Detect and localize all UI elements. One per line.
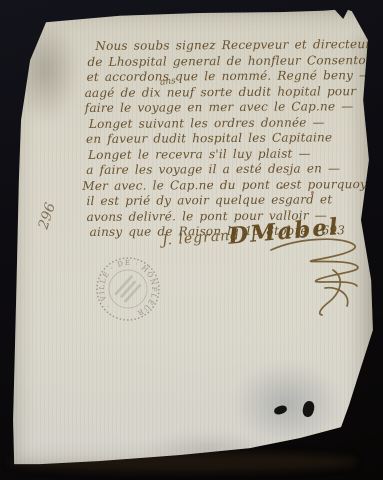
ink-speck	[311, 191, 314, 194]
library-stamp: · VILLE · DE · HONFLEUR	[83, 244, 173, 334]
corner-stain	[0, 0, 90, 140]
scanned-manuscript-scene: Nous soubs signez Recepveur et directeur…	[0, 0, 383, 480]
text-line: Mer avec. le Cap.ne du pont cest pourquo…	[82, 176, 382, 194]
interlinear-insertion: ans	[160, 76, 177, 88]
paper-hole	[273, 404, 288, 416]
bottom-right-stain	[212, 346, 362, 461]
text-line: et accordons que le nommé. Regné beny —	[87, 68, 382, 86]
paper-hole	[301, 400, 315, 418]
signature-paraph-flourish	[267, 236, 367, 316]
text-line: faire le voyage en mer avec le Cap.ne —	[85, 99, 382, 117]
ink-speck	[280, 186, 283, 189]
text-line: a faire les voyage il a esté desja en —	[86, 161, 382, 179]
text-line: Nous soubs signez Recepveur et directeur…	[95, 37, 381, 54]
folio-number: 296	[36, 201, 59, 231]
stamp-illegible-inner-text	[114, 275, 142, 304]
manuscript-paper: Nous soubs signez Recepveur et directeur…	[12, 8, 374, 466]
handwritten-text-block: Nous soubs signez Recepveur et directeur…	[81, 37, 382, 241]
